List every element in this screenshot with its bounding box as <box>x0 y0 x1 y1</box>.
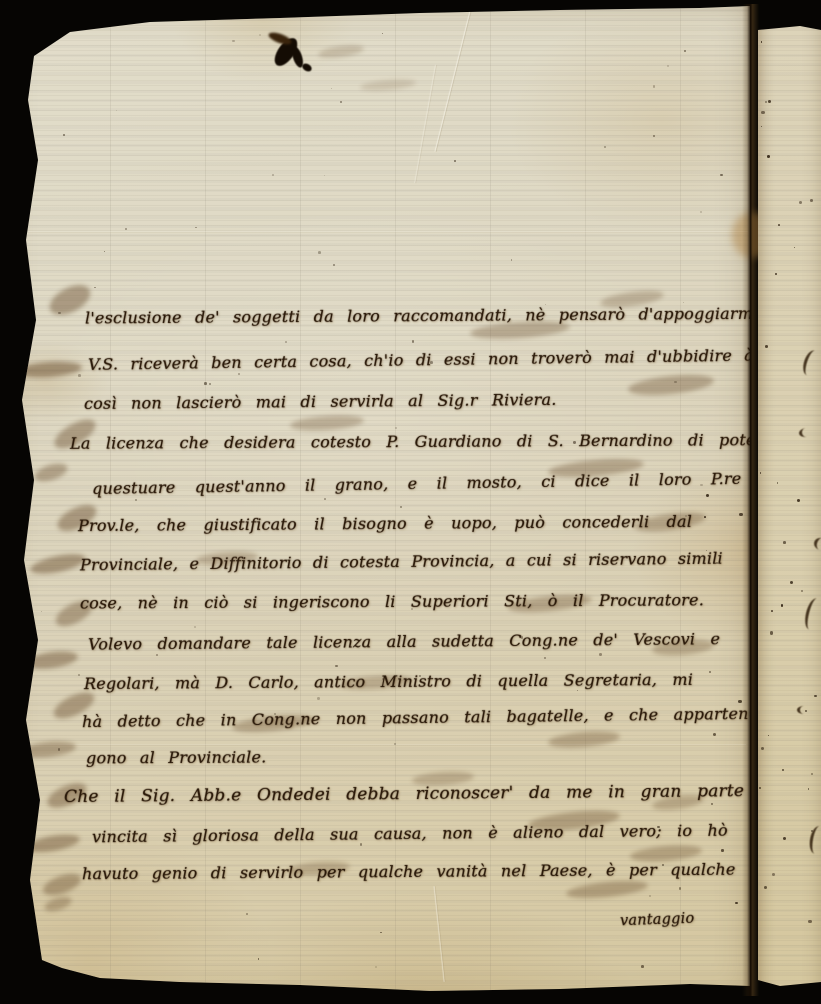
fox-spot <box>94 287 95 288</box>
fox-spot <box>324 498 326 500</box>
fox-spot <box>713 733 716 736</box>
pen-stroke-fragment <box>798 427 813 438</box>
fox-spot <box>721 849 723 851</box>
fox-spot <box>706 494 709 497</box>
fox-spot <box>772 873 775 876</box>
fox-spot <box>768 100 771 103</box>
fox-spot <box>430 361 433 364</box>
fox-spot <box>204 382 207 385</box>
fox-spot <box>761 111 764 114</box>
fox-spot <box>116 110 117 111</box>
chain-line <box>585 0 586 1004</box>
fox-spot <box>340 101 342 103</box>
fox-spot <box>360 843 363 846</box>
fox-spot <box>805 710 807 712</box>
fox-spot <box>411 608 413 610</box>
fox-spot <box>135 499 137 501</box>
fox-spot <box>324 175 325 176</box>
fox-spot <box>709 671 711 673</box>
chain-line <box>300 0 301 1004</box>
fox-spot <box>684 50 686 52</box>
fox-spot <box>78 374 81 377</box>
fox-spot <box>394 743 396 745</box>
fox-spot <box>318 251 321 254</box>
text-line: La licenza che desidera cotesto P. Guard… <box>70 430 768 453</box>
chain-line <box>490 0 491 1004</box>
fox-spot <box>783 837 786 840</box>
fox-spot <box>781 604 784 607</box>
fox-spot <box>767 155 770 158</box>
fox-spot <box>412 340 414 342</box>
chain-line <box>110 0 111 1004</box>
fox-spot <box>156 654 158 656</box>
fox-spot <box>764 886 767 889</box>
laid-paper-texture <box>754 0 821 1004</box>
text-line: gono al Provinciale. <box>86 748 267 768</box>
fox-spot <box>771 610 773 612</box>
fox-spot <box>258 958 259 959</box>
fox-spot <box>653 85 655 87</box>
fox-spot <box>58 748 61 751</box>
chain-line <box>395 0 396 1004</box>
adjacent-page-edge <box>754 0 821 1004</box>
fox-spot <box>544 657 546 659</box>
fox-spot <box>777 482 778 483</box>
fox-spot <box>711 803 712 804</box>
fox-spot <box>770 631 773 634</box>
fox-spot <box>783 541 786 544</box>
fox-spot <box>58 312 60 314</box>
fox-spot <box>761 126 762 127</box>
page-fold-seam <box>742 4 759 996</box>
fox-spot <box>704 516 706 518</box>
fold-line <box>28 231 748 233</box>
fox-spot <box>382 33 383 34</box>
fox-spot <box>810 199 813 202</box>
fox-spot <box>674 381 677 384</box>
fox-spot <box>765 345 768 348</box>
fox-spot <box>653 135 655 137</box>
fox-spot <box>382 678 384 680</box>
fox-spot <box>238 373 240 375</box>
fox-spot <box>811 773 813 775</box>
catchword: vantaggio <box>620 911 695 930</box>
fox-spot <box>232 40 234 42</box>
scanner-background: l'esclusione de' soggetti da loro raccom… <box>0 0 821 1004</box>
fox-spot <box>317 697 320 700</box>
fox-spot <box>761 747 764 750</box>
fox-spot <box>641 965 644 968</box>
fold-line <box>28 744 746 746</box>
fox-spot <box>573 441 575 443</box>
fox-spot <box>454 160 456 162</box>
fox-spot <box>720 174 722 176</box>
fox-spot <box>794 247 795 248</box>
chain-line <box>205 0 206 1004</box>
fox-spot <box>246 913 248 915</box>
fox-spot <box>716 562 717 563</box>
fox-spot <box>808 920 811 923</box>
text-line: cose, nè in ciò si ingeriscono li Superi… <box>80 590 704 612</box>
fox-spot <box>63 134 65 136</box>
fox-spot <box>599 653 602 656</box>
fox-spot <box>778 224 780 226</box>
manuscript-page: l'esclusione de' soggetti da loro raccom… <box>0 0 752 1004</box>
